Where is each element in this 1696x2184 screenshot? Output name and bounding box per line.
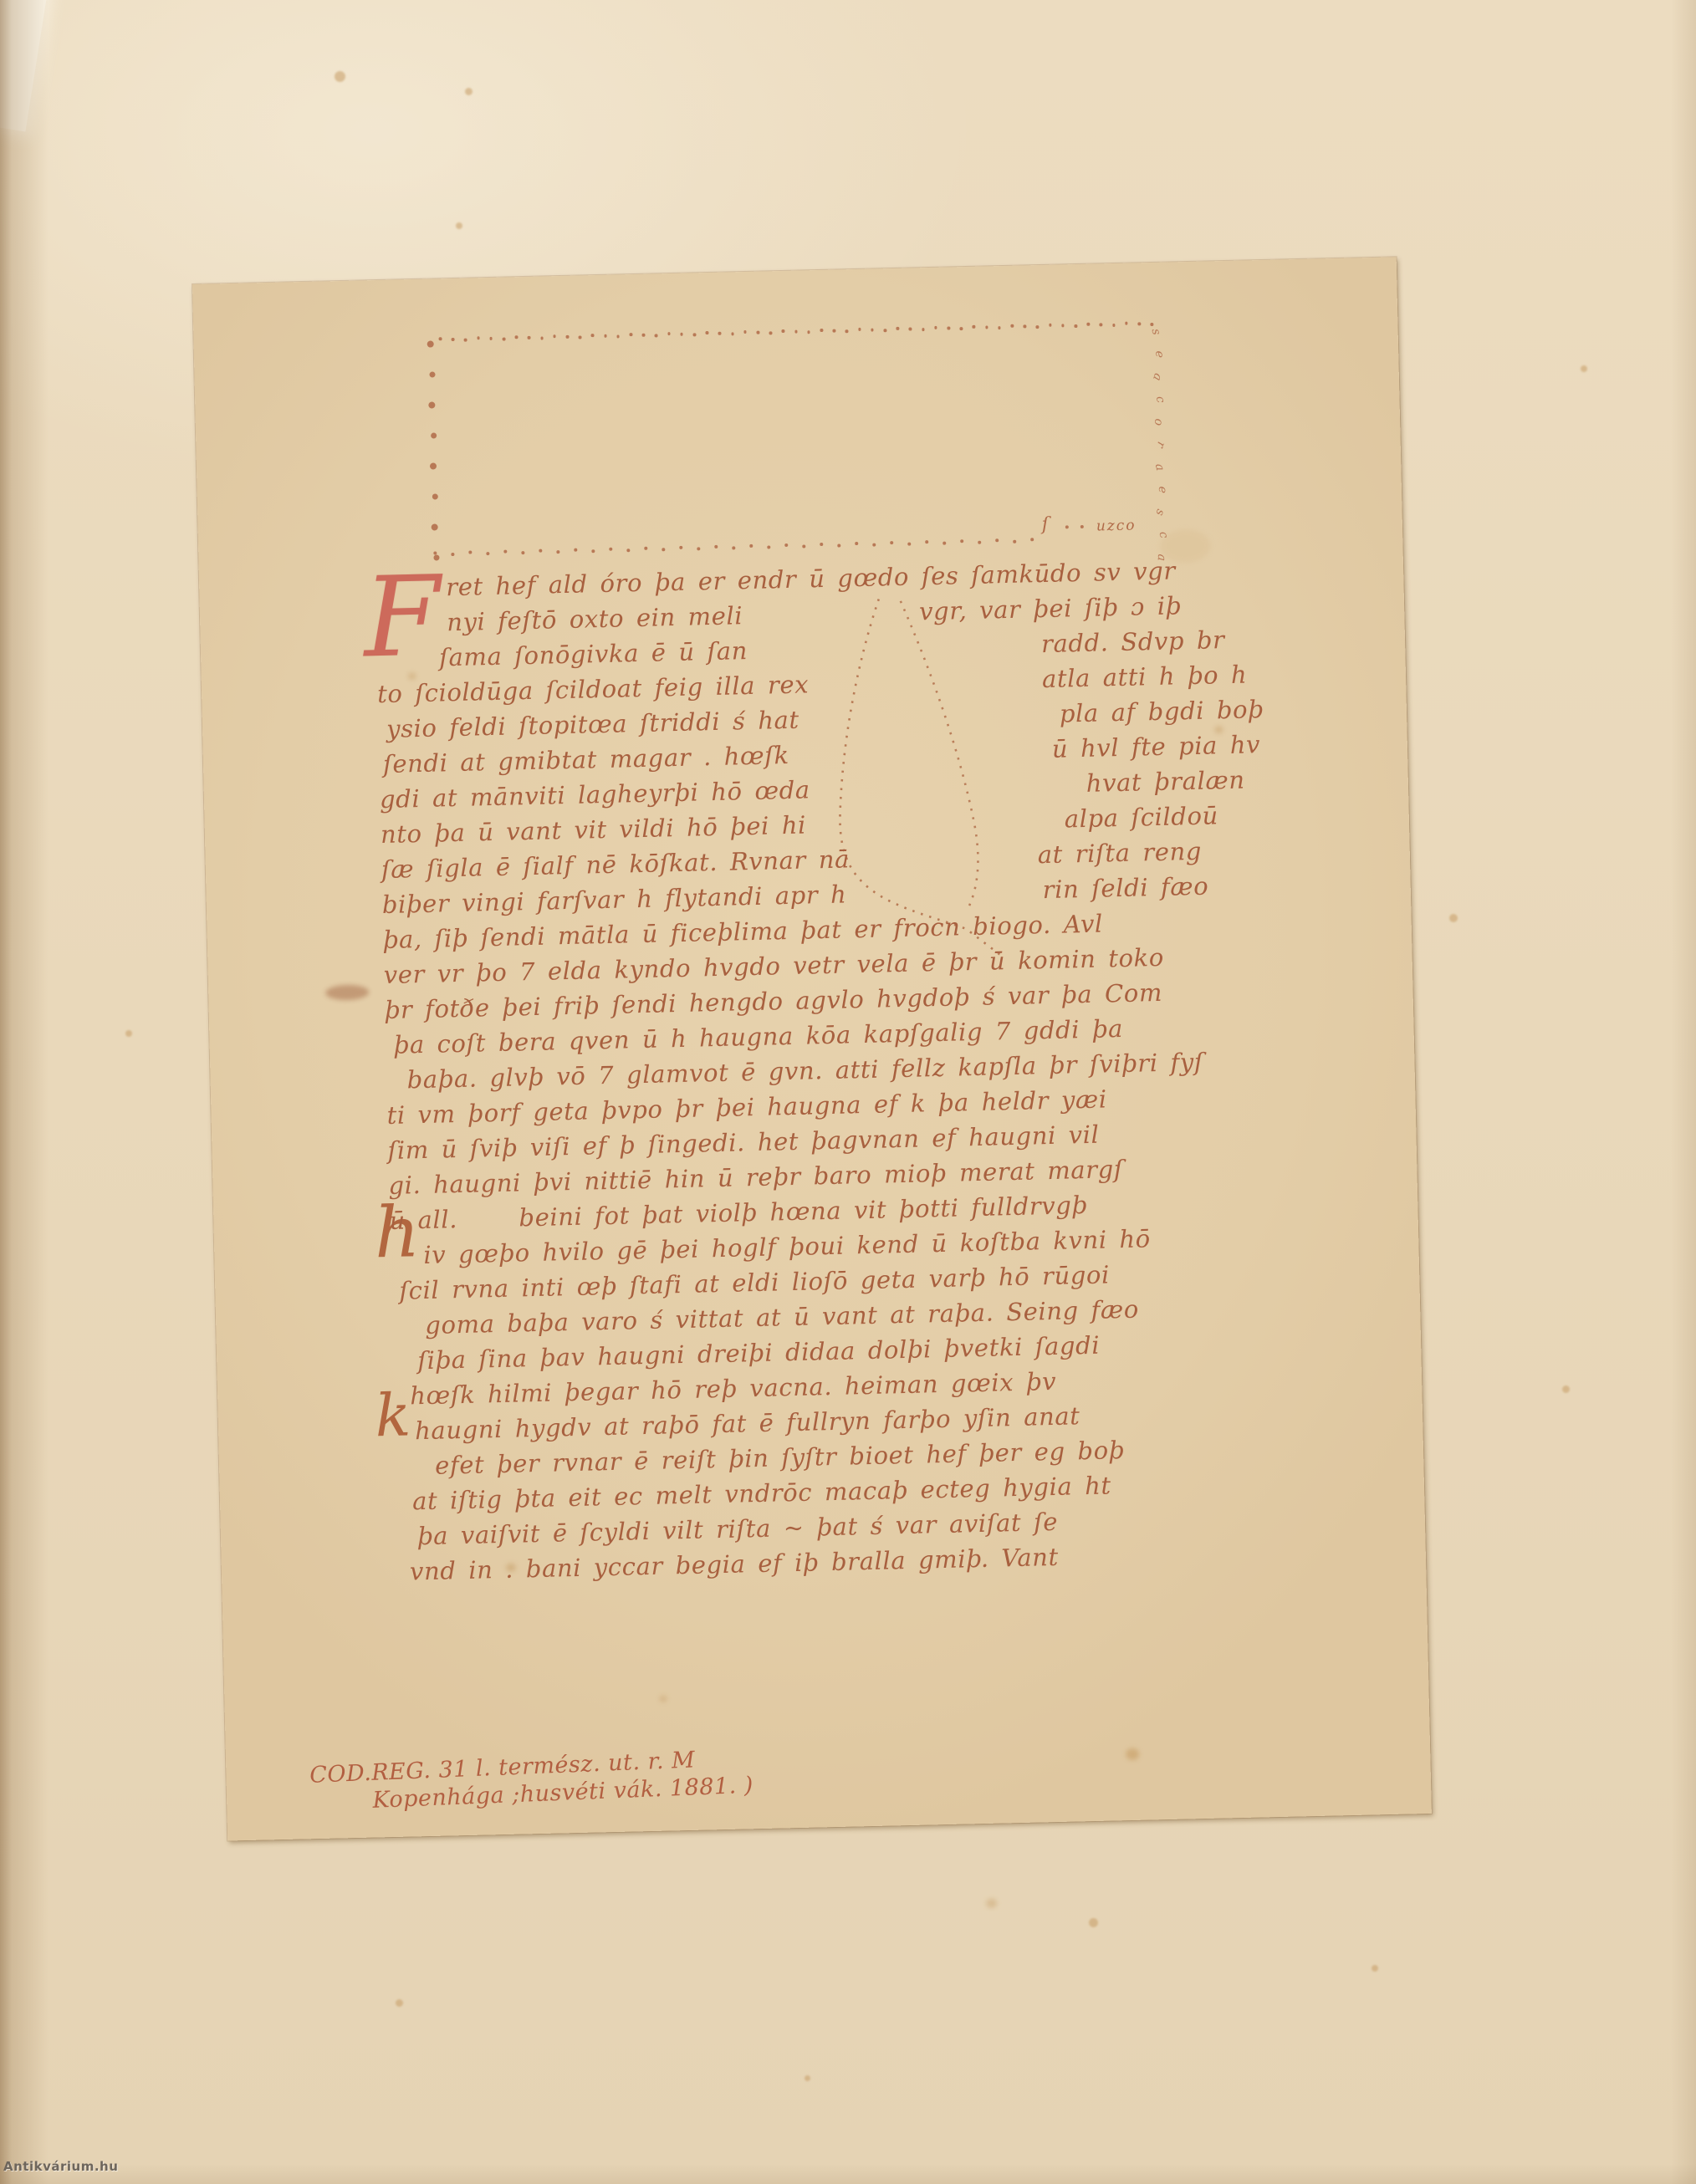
frame-ornament-mark: r xyxy=(1156,441,1166,449)
frame-dot xyxy=(1137,322,1141,325)
frame-dot xyxy=(540,336,544,339)
page-edge-shadow-bottom xyxy=(0,2164,1696,2184)
text-line-right-fragment: alpa ſcildoū xyxy=(1064,801,1218,833)
frame-dot xyxy=(432,523,438,530)
frame-dot xyxy=(960,539,963,543)
frame-dot xyxy=(890,541,893,544)
frame-dot xyxy=(439,337,442,340)
frame-dot xyxy=(718,332,722,335)
frame-dot xyxy=(883,329,886,332)
plate-stain xyxy=(325,984,369,1000)
text-line-left-fragment: ſama ſonōgivka ē ū ſan xyxy=(439,636,748,671)
text-line-right-fragment: atla atti h þo h xyxy=(1042,661,1248,694)
frame-dot xyxy=(1030,538,1034,541)
frame-dot xyxy=(626,549,630,552)
frame-dot xyxy=(1061,324,1065,327)
frame-dot xyxy=(820,543,823,546)
plate-mottling xyxy=(192,257,1397,284)
frame-dot xyxy=(784,543,788,547)
frame-dot xyxy=(855,542,858,545)
frame-dot xyxy=(978,541,981,544)
frame-dot xyxy=(553,334,556,338)
frame-dot xyxy=(574,549,577,552)
frame-dot xyxy=(679,546,682,549)
frame-dot xyxy=(807,330,810,334)
frame-dot xyxy=(539,549,542,553)
frame-dot xyxy=(655,334,658,337)
frame-dot xyxy=(897,327,900,330)
frame-dot xyxy=(1010,324,1014,328)
text-line-right-fragment: radd. Sdvp br xyxy=(1041,625,1225,658)
frame-dot xyxy=(432,493,438,499)
frame-ornament-mark: e xyxy=(1155,350,1164,358)
page-edge-shadow-left xyxy=(0,0,49,2184)
frame-dot xyxy=(960,327,963,330)
frame-dot xyxy=(431,432,437,438)
facsimile-plate: ſ uzco seacoraesca F h k ret hef ald óro… xyxy=(192,257,1432,1840)
text-line-right-fragment: pla af bgdi boþ xyxy=(1060,695,1264,728)
page-edge-shadow-right xyxy=(1671,0,1696,2184)
frame-dot xyxy=(947,326,950,329)
frame-dot xyxy=(565,335,569,339)
frame-dot xyxy=(521,551,524,554)
frame-dot xyxy=(680,333,683,336)
frame-ornament-mark: o xyxy=(1154,418,1163,426)
frame-dot xyxy=(1074,324,1077,328)
manuscript-text: ret hef ald óro þa er endr ū gœdo ſes ſa… xyxy=(375,553,1367,1593)
text-line-left-fragment: ū all. xyxy=(389,1205,457,1235)
frame-dot xyxy=(1100,323,1103,326)
foxing-spot xyxy=(125,1030,132,1037)
frame-dot xyxy=(477,336,480,339)
frame-dot xyxy=(452,338,455,341)
frame-dot xyxy=(872,543,876,547)
photographed-album-page: ſ uzco seacoraesca F h k ret hef ald óro… xyxy=(0,0,1696,2184)
frame-dot xyxy=(706,331,709,334)
frame-dot xyxy=(995,538,999,542)
frame-dot xyxy=(732,546,735,549)
frame-dot xyxy=(731,332,734,335)
frame-dot xyxy=(907,543,911,546)
frame-dot xyxy=(1080,525,1084,528)
frame-dot xyxy=(833,329,836,333)
frame-ornament-mark: a xyxy=(1152,372,1162,381)
text-line-right-fragment: rin ſeldi fæo xyxy=(1042,872,1208,904)
frame-ornament-mark: s xyxy=(1155,508,1165,517)
frame-dot xyxy=(464,339,467,342)
frame-ornament-mark: e xyxy=(1158,486,1167,493)
frame-dot xyxy=(782,329,785,333)
frame-dot xyxy=(769,331,773,334)
frame-dot xyxy=(743,330,747,334)
frame-dot xyxy=(767,545,770,549)
frame-dot xyxy=(1151,323,1154,326)
caption: COD.REG. 31 l. termész. ut. r. M Kopenhá… xyxy=(309,1745,754,1816)
frame-dot xyxy=(427,340,434,347)
frame-dot xyxy=(837,543,840,547)
frame-dot xyxy=(591,549,595,553)
dotted-frame: ſ uzco seacoraesca xyxy=(427,321,1165,557)
frame-dot xyxy=(489,337,493,340)
frame-dot xyxy=(662,548,665,551)
frame-dot xyxy=(604,334,607,338)
frame-dot xyxy=(515,335,519,339)
frame-dot xyxy=(925,540,928,543)
frame-dot xyxy=(845,329,849,333)
text-line-left-fragment: nyi feſtō oxto ein meli xyxy=(447,601,743,636)
frame-code-label: uzco xyxy=(1096,517,1137,534)
frame-dot xyxy=(642,334,646,337)
frame-dot xyxy=(609,548,612,551)
frame-dot xyxy=(1024,324,1027,328)
frame-dot xyxy=(934,326,937,329)
frame-dot xyxy=(451,553,454,556)
foxing-spot xyxy=(1089,1918,1098,1927)
frame-dot xyxy=(922,328,925,331)
frame-dot xyxy=(756,331,759,334)
frame-dot xyxy=(579,335,582,339)
frame-dot xyxy=(692,333,696,336)
text-line-right-fragment: at riſta reng xyxy=(1037,837,1202,869)
watermark: Antikvárium.hu xyxy=(3,2159,118,2174)
text-line-right-fragment: vgr, var þei ſiþ ɔ iþ xyxy=(919,591,1182,625)
frame-dot xyxy=(985,325,988,329)
frame-dot xyxy=(468,550,472,554)
frame-dot xyxy=(528,336,531,339)
foxing-spot xyxy=(1372,1965,1378,1972)
frame-dot xyxy=(871,329,874,332)
plate-stain xyxy=(659,1696,667,1702)
frame-tick-mark: ſ xyxy=(1042,514,1050,535)
frame-dot xyxy=(503,550,507,554)
foxing-spot xyxy=(805,2075,810,2081)
frame-dot xyxy=(1049,324,1052,327)
text-line-right-fragment: hvat þralæn xyxy=(1086,766,1244,798)
frame-dot xyxy=(973,325,976,329)
frame-dot xyxy=(802,544,805,548)
foxing-spot xyxy=(456,222,462,229)
frame-dot xyxy=(998,326,1001,329)
frame-dot xyxy=(820,329,823,332)
frame-dot xyxy=(1013,540,1016,543)
frame-dot xyxy=(556,550,559,554)
frame-dot xyxy=(794,330,798,334)
frame-dot xyxy=(749,544,753,548)
foxing-spot xyxy=(1581,365,1587,372)
frame-dot xyxy=(1125,322,1128,325)
frame-dot xyxy=(503,338,506,341)
frame-dot xyxy=(429,371,435,377)
foxing-spot xyxy=(335,71,345,82)
foxing-spot xyxy=(465,88,473,95)
frame-dot xyxy=(644,547,647,550)
plate-stain xyxy=(986,1899,997,1908)
frame-dot xyxy=(1087,323,1091,326)
frame-dot xyxy=(943,542,946,545)
frame-dot xyxy=(714,545,718,549)
frame-ornament-mark: s xyxy=(1152,328,1161,335)
frame-dot xyxy=(1112,324,1116,327)
frame-dot xyxy=(697,547,700,550)
text-line-right-fragment: ū hvl fte pia hv xyxy=(1051,730,1260,763)
frame-dot xyxy=(591,334,595,337)
plate-stain xyxy=(1126,1748,1139,1760)
frame-dot xyxy=(430,462,437,469)
frame-ornament-mark: c xyxy=(1156,395,1165,404)
frame-dot xyxy=(1065,525,1069,528)
frame-dot xyxy=(909,327,912,330)
frame-ornament-mark: a xyxy=(1155,463,1164,472)
frame-dot xyxy=(1036,325,1040,329)
foxing-spot xyxy=(1562,1385,1570,1393)
foxing-spot xyxy=(396,1999,403,2007)
frame-dot xyxy=(629,333,632,336)
frame-dot xyxy=(616,334,620,338)
frame-dot xyxy=(486,552,489,555)
frame-dot xyxy=(428,401,435,408)
foxing-spot xyxy=(1449,914,1458,922)
frame-dot xyxy=(667,332,671,335)
frame-dot xyxy=(858,328,861,331)
